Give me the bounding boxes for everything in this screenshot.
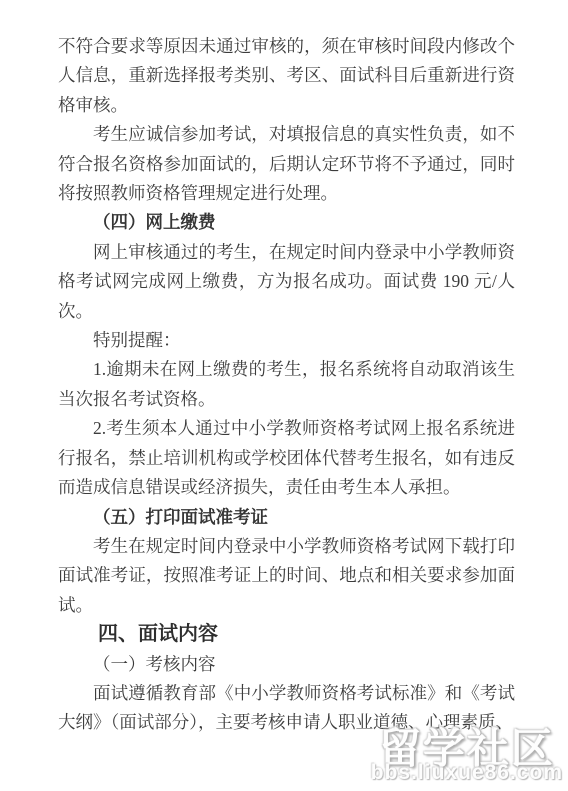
heading-assessment-content: （一）考核内容 [58, 650, 515, 679]
paragraph-special-reminder-label: 特别提醒： [58, 326, 515, 355]
paragraph-reminder-1: 1.逾期未在网上缴费的考生，报名系统将自动取消该生当次报名考试资格。 [58, 355, 515, 414]
document-content: 不符合要求等原因未通过审核的，须在审核时间段内修改个人信息，重新选择报考类别、考… [58, 32, 515, 738]
paragraph-payment-instructions: 网上审核通过的考生，在规定时间内登录中小学教师资格考试网完成网上缴费，方为报名成… [58, 238, 515, 326]
paragraph-reminder-2: 2.考生须本人通过中小学教师资格考试网上报名系统进行报名，禁止培训机构或学校团体… [58, 414, 515, 502]
heading-interview-content: 四、面试内容 [58, 620, 515, 649]
heading-online-payment: （四）网上缴费 [58, 208, 515, 237]
paragraph-assessment-description: 面试遵循教育部《中小学教师资格考试标准》和《考试大纲》（面试部分），主要考核申请… [58, 679, 515, 738]
watermark-site-url: bbs.liuxue86.com [371, 762, 563, 784]
heading-print-admission-ticket: （五）打印面试准考证 [58, 503, 515, 532]
paragraph-admission-ticket-instructions: 考生在规定时间内登录中小学教师资格考试网下载打印面试准考证，按照准考证上的时间、… [58, 532, 515, 620]
paragraph-audit-revision: 不符合要求等原因未通过审核的，须在审核时间段内修改个人信息，重新选择报考类别、考… [58, 32, 515, 120]
document-page: 不符合要求等原因未通过审核的，须在审核时间段内修改个人信息，重新选择报考类别、考… [0, 0, 568, 791]
paragraph-integrity-notice: 考生应诚信参加考试，对填报信息的真实性负责，如不符合报名资格参加面试的，后期认定… [58, 120, 515, 208]
